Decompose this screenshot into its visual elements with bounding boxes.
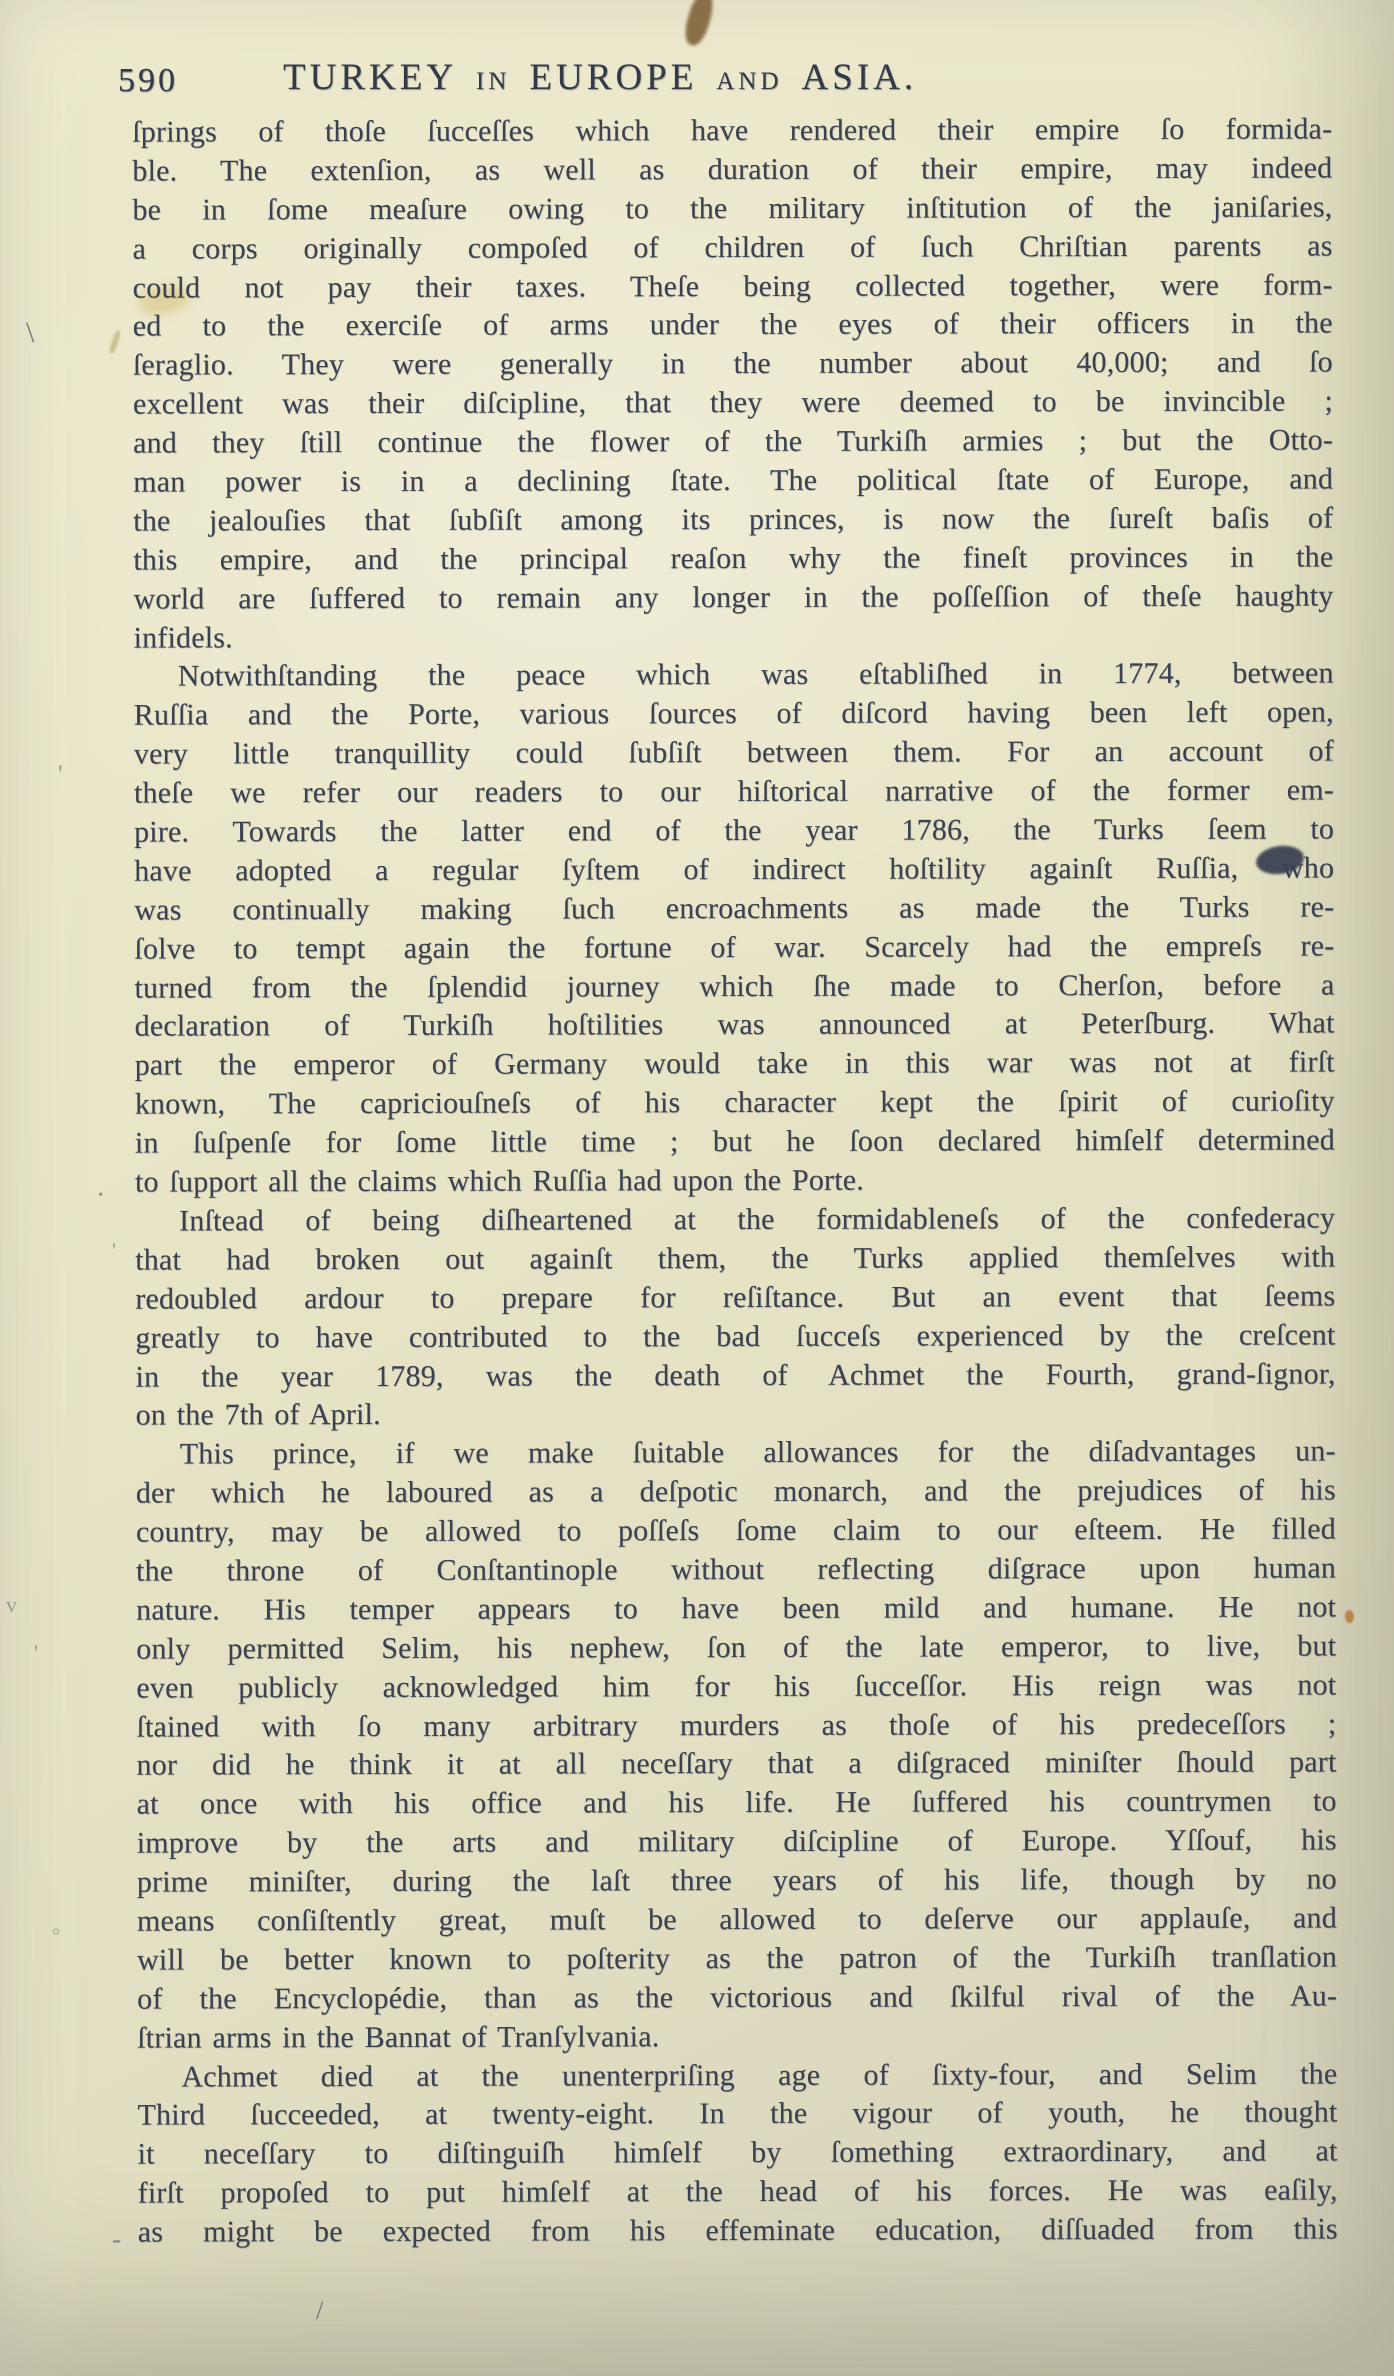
title-word: EUROPE	[529, 56, 697, 99]
text-line: part the emperor of Germany would take i…	[135, 1044, 1335, 1086]
page-body: ſprings of thoſe ſucceſſes which have re…	[132, 110, 1338, 2252]
text-line: theſe we refer our readers to our hiſtor…	[134, 772, 1334, 814]
margin-mark: '	[112, 1240, 116, 1262]
text-line: nature. His temper appears to have been …	[136, 1588, 1336, 1630]
margin-mark: °	[52, 1926, 60, 1946]
text-line: of the Encyclopédie, than as the victori…	[137, 1977, 1337, 2019]
margin-mark: '	[58, 762, 63, 788]
title-word: ASIA.	[802, 56, 918, 99]
text-line: ſeraglio. They were generally in the num…	[133, 344, 1333, 386]
running-title: TURKEYINEUROPEANDASIA.	[283, 56, 917, 99]
text-line: the throne of Conſtantinople without ref…	[136, 1549, 1336, 1591]
text-line: it neceſſary to diſtinguiſh himſelf by ſ…	[137, 2133, 1337, 2175]
text-line: that had broken out againſt them, the Tu…	[135, 1238, 1335, 1280]
text-line: this empire, and the principal reaſon wh…	[133, 538, 1333, 580]
text-line: to ſupport all the claims which Ruſſia h…	[135, 1160, 1335, 1202]
text-line: even publicly acknowledged him for his ſ…	[136, 1666, 1336, 1708]
text-line: der which he laboured as a deſpotic mona…	[136, 1472, 1336, 1514]
book-page-scan: 590 TURKEYINEUROPEANDASIA. ſprings of th…	[0, 0, 1394, 2376]
text-line: ble. The extenſion, as well as duration …	[132, 149, 1332, 191]
text-line: Achmet died at the unenterpriſing age of…	[137, 2055, 1337, 2097]
text-line: This prince, if we make ſuitable allowan…	[136, 1433, 1336, 1475]
text-line: ſprings of thoſe ſucceſſes which have re…	[132, 110, 1332, 152]
margin-mark: v	[6, 1594, 17, 1616]
text-line: means conſiſtently great, muſt be allowe…	[137, 1899, 1337, 1941]
text-line: man power is in a declining ſtate. The p…	[133, 460, 1333, 502]
text-line: as might be expected from his effeminate…	[138, 2211, 1338, 2253]
text-line: at once with his office and his life. He…	[137, 1783, 1337, 1825]
text-line: nor did he think it at all neceſſary tha…	[136, 1744, 1336, 1786]
text-line: in ſuſpenſe for ſome little time ; but h…	[135, 1122, 1335, 1164]
text-line: was continually making ſuch encroachment…	[134, 888, 1334, 930]
text-line: infidels.	[134, 616, 1334, 658]
text-line: could not pay their taxes. Theſe being c…	[133, 266, 1333, 308]
title-word: TURKEY	[283, 56, 457, 99]
text-line: prime miniſter, during the laſt three ye…	[137, 1861, 1337, 1903]
text-line: greatly to have contributed to the bad ſ…	[135, 1316, 1335, 1358]
text-line: redoubled ardour to prepare for reſiſtan…	[135, 1277, 1335, 1319]
text-line: world are ſuffered to remain any longer …	[133, 577, 1333, 619]
margin-mark: ·	[96, 1182, 105, 1210]
text-line: pire. Towards the latter end of the year…	[134, 810, 1334, 852]
text-line: in the year 1789, was the death of Achme…	[135, 1355, 1335, 1397]
text-line: Notwithſtanding the peace which was eſta…	[134, 655, 1334, 697]
page-number: 590	[118, 62, 178, 100]
text-line: firſt propoſed to put himſelf at the hea…	[138, 2172, 1338, 2214]
text-line: ſolve to tempt again the fortune of war.…	[134, 927, 1334, 969]
text-line: have adopted a regular ſyſtem of indirec…	[134, 849, 1334, 891]
text-line: very little tranquillity could ſubſiſt b…	[134, 733, 1334, 775]
margin-mark: /	[316, 2298, 323, 2324]
title-word: IN	[476, 68, 510, 96]
margin-mark: '	[34, 1642, 38, 1664]
text-line: Inſtead of being diſheartened at the for…	[135, 1199, 1335, 1241]
text-line: be in ſome meaſure owing to the military…	[132, 188, 1332, 230]
text-line: improve by the arts and military diſcipl…	[137, 1822, 1337, 1864]
ink-smudge-top	[681, 0, 717, 48]
text-line: declaration of Turkiſh hoſtilities was a…	[135, 1005, 1335, 1047]
rust-speck-right	[1345, 1610, 1354, 1623]
text-line: turned from the ſplendid journey which ſ…	[134, 966, 1334, 1008]
text-line: on the 7th of April.	[136, 1394, 1336, 1436]
paper-fiber	[108, 330, 121, 355]
text-line: ed to the exerciſe of arms under the eye…	[133, 305, 1333, 347]
text-line: excellent was their diſcipline, that the…	[133, 383, 1333, 425]
text-line: a corps originally compoſed of children …	[133, 227, 1333, 269]
text-line: only permitted Selim, his nephew, ſon of…	[136, 1627, 1336, 1669]
text-line: will be better known to poſterity as the…	[137, 1938, 1337, 1980]
text-line: the jealouſies that ſubſiſt among its pr…	[133, 499, 1333, 541]
text-line: known, The capriciouſneſs of his charact…	[135, 1083, 1335, 1125]
text-line: ſtained with ſo many arbitrary murders a…	[136, 1705, 1336, 1747]
text-line: Ruſſia and the Porte, various ſources of…	[134, 694, 1334, 736]
margin-mark: -	[112, 2226, 121, 2254]
text-line: country, may be allowed to poſſeſs ſome …	[136, 1510, 1336, 1552]
margin-mark: \	[26, 318, 34, 348]
text-line: Third ſucceeded, at twenty-eight. In the…	[137, 2094, 1337, 2136]
text-line: ſtrian arms in the Bannat of Tranſylvani…	[137, 2016, 1337, 2058]
text-line: and they ſtill continue the flower of th…	[133, 422, 1333, 464]
title-word: AND	[716, 68, 782, 96]
